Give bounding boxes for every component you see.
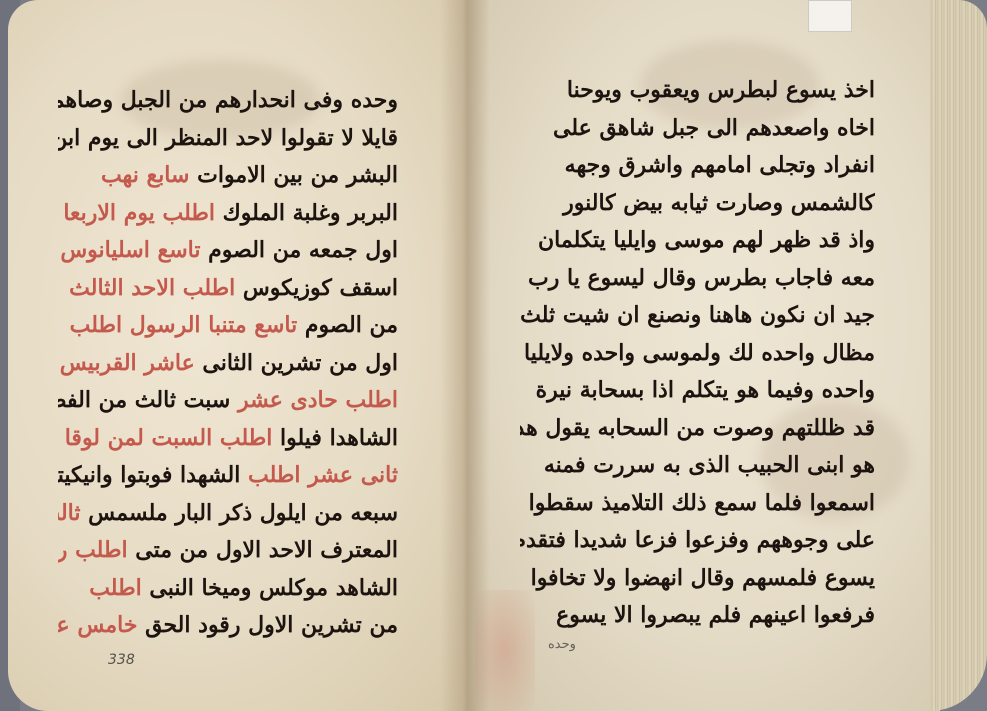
manuscript-photo: وحده وفى انحدارهم من الجبل وصاهم يسوع قا… xyxy=(0,0,987,711)
folio-number: 338 xyxy=(108,652,135,668)
text-line: الشاهدا فيلوا اطلب السبت لمن لوقا xyxy=(58,420,398,458)
catchword: وحده xyxy=(548,637,576,652)
text-line: اول جمعه من الصوم تاسع اسليانوس xyxy=(58,232,398,270)
text-line: البشر من بين الاموات سابع نهب xyxy=(58,157,398,195)
text-line: اطلب حادى عشر سبت ثالث من الفصح xyxy=(58,382,398,420)
text-line: مظال واحده لك ولموسى واحده ولايليا xyxy=(520,335,875,373)
text-line: قايلا لا تقولوا لاحد المنظر الى يوم ابن xyxy=(58,120,398,158)
text-line: سبعه من ايلول ذكر البار ملسمس ثالث عشر xyxy=(58,495,398,533)
left-page-text: وحده وفى انحدارهم من الجبل وصاهم يسوع قا… xyxy=(58,82,398,645)
text-line: اول من تشرين الثانى عاشر القربيس لفرنبوس xyxy=(58,345,398,383)
text-line: اخاه واصعدهم الى جبل شاهق على xyxy=(520,110,875,148)
text-line: واحده وفيما هو يتكلم اذا بسحابة نيرة xyxy=(520,372,875,410)
text-line: قد ظللتهم وصوت من السحابه يقول هذا xyxy=(520,410,875,448)
text-line: جيد ان نكون هاهنا ونصنع ان شيت ثلث xyxy=(520,297,875,335)
paper-tab xyxy=(808,0,852,32)
text-line: فرفعوا اعينهم فلم يبصروا الا يسوع xyxy=(520,597,875,635)
text-line: اسقف كوزيكوس اطلب الاحد الثالث xyxy=(58,270,398,308)
text-line: وحده وفى انحدارهم من الجبل وصاهم يسوع xyxy=(58,82,398,120)
page-fore-edge xyxy=(930,0,987,711)
text-line: من تشرين الاول رقود الحق خامس عشر xyxy=(58,607,398,645)
text-line: المعترف الاحد الاول من متى اطلب رابع عشر xyxy=(58,532,398,570)
text-line: اسمعوا فلما سمع ذلك التلاميذ سقطوا xyxy=(520,485,875,523)
text-line: البربر وغلبة الملوك اطلب يوم الاربعا xyxy=(58,195,398,233)
text-line: هو ابنى الحبيب الذى به سررت فمنه xyxy=(520,447,875,485)
text-line: ثانى عشر اطلب الشهدا فوبتوا وانيكيتوا xyxy=(58,457,398,495)
right-page-text: اخذ يسوع لبطرس ويعقوب ويوحنا اخاه واصعده… xyxy=(520,72,875,635)
text-line: اخذ يسوع لبطرس ويعقوب ويوحنا xyxy=(520,72,875,110)
text-line: واذ قد ظهر لهم موسى وايليا يتكلمان xyxy=(520,222,875,260)
text-line: انفراد وتجلى امامهم واشرق وجهه xyxy=(520,147,875,185)
text-line: كالشمس وصارت ثيابه بيض كالنور xyxy=(520,185,875,223)
text-line: من الصوم تاسع متنبا الرسول اطلب xyxy=(58,307,398,345)
text-line: على وجوههم وفزعوا فزعا شديدا فتقدم xyxy=(520,522,875,560)
text-line: يسوع فلمسهم وقال انهضوا ولا تخافوا xyxy=(520,560,875,598)
text-line: معه فاجاب بطرس وقال ليسوع يا رب xyxy=(520,260,875,298)
text-line: الشاهد موكلس وميخا النبى اطلب xyxy=(58,570,398,608)
